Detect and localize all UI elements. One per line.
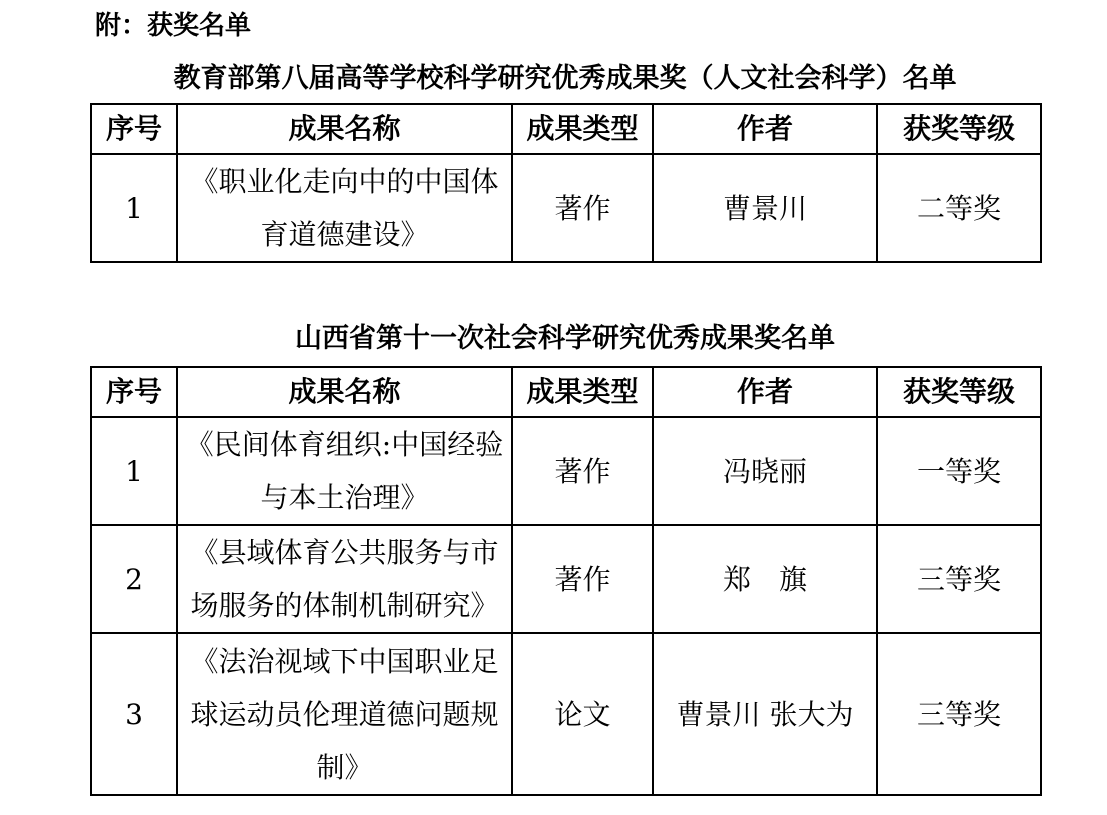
cell-author: 曹景川 [653,154,877,262]
col-header-type: 成果类型 [512,367,653,417]
cell-index: 3 [91,633,177,795]
table2-title: 山西省第十一次社会科学研究优秀成果奖名单 [90,316,1040,355]
cell-author: 冯晓丽 [653,417,877,525]
attachment-label: 附：获奖名单 [95,5,251,42]
cell-award: 二等奖 [877,154,1041,262]
table2-header-row: 序号 成果名称 成果类型 作者 获奖等级 [91,367,1041,417]
cell-name: 《职业化走向中的中国体育道德建设》 [177,154,512,262]
table-row: 2 《县域体育公共服务与市场服务的体制机制研究》 著作 郑 旗 三等奖 [91,525,1041,633]
col-header-name: 成果名称 [177,367,512,417]
cell-name: 《民间体育组织:中国经验与本土治理》 [177,417,512,525]
cell-type: 著作 [512,417,653,525]
cell-author: 曹景川 张大为 [653,633,877,795]
col-header-index: 序号 [91,367,177,417]
table1-title: 教育部第八届高等学校科学研究优秀成果奖（人文社会科学）名单 [90,56,1040,95]
cell-index: 2 [91,525,177,633]
col-header-award: 获奖等级 [877,367,1041,417]
document-page: 附：获奖名单 教育部第八届高等学校科学研究优秀成果奖（人文社会科学）名单 序号 … [0,0,1107,815]
cell-type: 著作 [512,154,653,262]
cell-award: 一等奖 [877,417,1041,525]
cell-award: 三等奖 [877,633,1041,795]
col-header-author: 作者 [653,104,877,154]
col-header-author: 作者 [653,367,877,417]
cell-type: 论文 [512,633,653,795]
table1-moe-awards: 序号 成果名称 成果类型 作者 获奖等级 1 《职业化走向中的中国体育道德建设》… [90,103,1042,263]
table2-shanxi-awards: 序号 成果名称 成果类型 作者 获奖等级 1 《民间体育组织:中国经验与本土治理… [90,366,1042,796]
cell-index: 1 [91,417,177,525]
cell-author: 郑 旗 [653,525,877,633]
table-row: 3 《法治视域下中国职业足球运动员伦理道德问题规制》 论文 曹景川 张大为 三等… [91,633,1041,795]
cell-type: 著作 [512,525,653,633]
col-header-index: 序号 [91,104,177,154]
cell-index: 1 [91,154,177,262]
cell-name: 《法治视域下中国职业足球运动员伦理道德问题规制》 [177,633,512,795]
col-header-award: 获奖等级 [877,104,1041,154]
table1-header-row: 序号 成果名称 成果类型 作者 获奖等级 [91,104,1041,154]
col-header-name: 成果名称 [177,104,512,154]
table-row: 1 《民间体育组织:中国经验与本土治理》 著作 冯晓丽 一等奖 [91,417,1041,525]
cell-name: 《县域体育公共服务与市场服务的体制机制研究》 [177,525,512,633]
cell-award: 三等奖 [877,525,1041,633]
col-header-type: 成果类型 [512,104,653,154]
table-row: 1 《职业化走向中的中国体育道德建设》 著作 曹景川 二等奖 [91,154,1041,262]
